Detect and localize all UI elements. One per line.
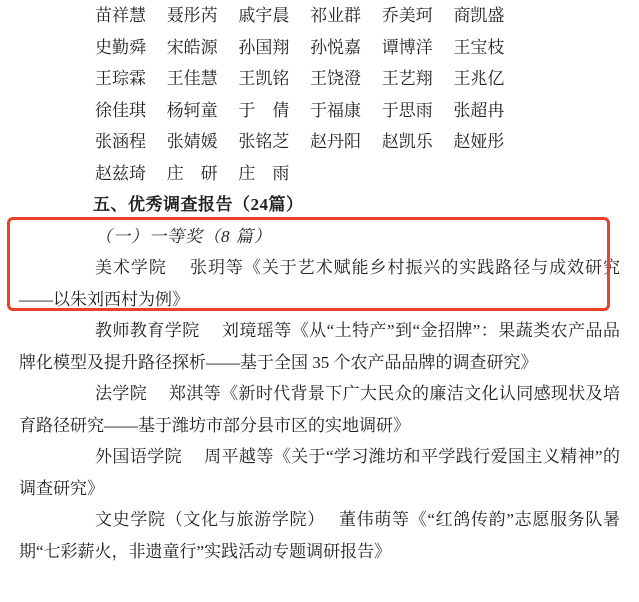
person-name: 孙悦嘉 <box>310 32 361 64</box>
person-name: 王饶澄 <box>310 63 361 95</box>
document-page: 苗祥慧 聂彤芮 戚宇晨 祁业群 乔美珂 商凯盛 史勤舜 宋皓源 孙国翔 孙悦嘉 … <box>0 0 639 602</box>
person-name: 王佳慧 <box>167 63 218 95</box>
person-name: 庄 雨 <box>238 158 289 190</box>
person-name: 于福康 <box>310 95 361 127</box>
person-name: 于 倩 <box>238 95 289 127</box>
person-name: 史勤舜 <box>95 32 146 64</box>
person-name: 孙国翔 <box>238 32 289 64</box>
person-name: 庄 研 <box>167 158 218 190</box>
person-name: 王宝枝 <box>453 32 504 64</box>
section-heading: 五、优秀调查报告（24篇） <box>93 189 620 221</box>
report-item: 法学院 郑淇等《新时代背景下广大民众的廉洁文化认同感现状及培育路径研究——基于潍… <box>19 378 620 441</box>
person-name: 于思雨 <box>382 95 433 127</box>
person-name: 苗祥慧 <box>95 0 146 32</box>
person-name: 聂彤芮 <box>167 0 218 32</box>
person-name: 祁业群 <box>310 0 361 32</box>
person-name: 王琮霖 <box>95 63 146 95</box>
person-name: 赵丹阳 <box>310 126 361 158</box>
person-name: 赵兹琦 <box>95 158 146 190</box>
person-name: 王凯铭 <box>238 63 289 95</box>
person-name: 王兆亿 <box>453 63 504 95</box>
report-item: 文史学院（文化与旅游学院） 董伟萌等《“红鸽传韵”志愿服务队暑期“七彩薪火，非遗… <box>19 504 620 567</box>
person-name: 张涵程 <box>95 126 146 158</box>
person-name: 赵娅彤 <box>453 126 504 158</box>
person-name: 戚宇晨 <box>238 0 289 32</box>
person-name: 杨轲童 <box>167 95 218 127</box>
person-name: 王艺翔 <box>382 63 433 95</box>
report-item: 外国语学院 周平越等《关于“学习潍坊和平学践行爱国主义精神”的调查研究》 <box>19 441 620 504</box>
person-name: 宋皓源 <box>167 32 218 64</box>
report-item-highlighted: 美术学院 张玥等《关于艺术赋能乡村振兴的实践路径与成效研究——以朱刘西村为例》 <box>19 252 620 315</box>
person-name: 张铭芝 <box>238 126 289 158</box>
name-list-row: 苗祥慧 聂彤芮 戚宇晨 祁业群 乔美珂 商凯盛 史勤舜 宋皓源 孙国翔 孙悦嘉 … <box>95 0 620 189</box>
person-name: 徐佳琪 <box>95 95 146 127</box>
person-name: 张婧媛 <box>167 126 218 158</box>
person-name: 乔美珂 <box>382 0 433 32</box>
person-name: 谭博洋 <box>382 32 433 64</box>
person-name: 张超冉 <box>453 95 504 127</box>
person-name: 商凯盛 <box>453 0 504 32</box>
person-name: 赵凯乐 <box>382 126 433 158</box>
award-level-heading: （一）一等奖（8 篇） <box>95 221 620 253</box>
report-item: 教师教育学院 刘璄瑶等《从“土特产”到“金招牌”：果蔬类农产品品牌化模型及提升路… <box>19 315 620 378</box>
